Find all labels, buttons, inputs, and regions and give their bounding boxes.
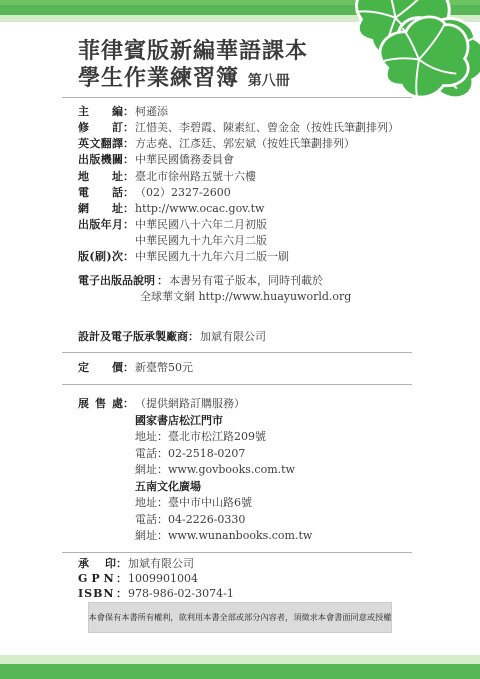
shop-phone-row: 電話：04-2226-0330 [78,512,312,529]
info-row: 電話：（02）2327-2600 [78,185,399,201]
epub-note: 電子出版品說明：本書另有電子版本，同時刊載於 全球華文網 http://www.… [78,273,351,305]
design-company-row: 設計及電子版承製廠商：加斌有限公司 [78,330,266,344]
info-row-continuation: 中華民國九十九年六月二版 [78,233,399,249]
info-row: 出版年月：中華民國八十六年二月初版 [78,217,399,233]
epub-row: 電子出版品說明：本書另有電子版本，同時刊載於 [78,273,351,289]
info-row: 修訂：江惜美、李碧霞、陳素紅、曾金金（按姓氏筆劃排列） [78,120,399,136]
sales-header-row: 展售處：（提供網路訂購服務） [78,396,312,413]
divider [62,352,412,353]
info-row: 出版機關：中華民國僑務委員會 [78,152,399,168]
publication-info: 主編：柯遜添 修訂：江惜美、李碧霞、陳素紅、曾金金（按姓氏筆劃排列） 英文翻譯：… [78,104,399,266]
price-row: 定價：新臺幣50元 [78,361,193,375]
info-row: 地址：臺北市徐州路五號十六樓 [78,169,399,185]
info-row: 網址：http://www.ocac.gov.tw [78,201,399,217]
divider [62,384,412,385]
volume-label: 第八冊 [248,73,290,89]
divider [62,552,412,553]
shop-address-row: 地址：臺北市松江路209號 [78,429,312,446]
info-row: 版(刷)次：中華民國九十九年六月二版一刷 [78,249,399,265]
shop-phone-row: 電話：02-2518-0207 [78,446,312,463]
bottom-band-pale-stripe [0,655,480,664]
book-title-line2: 學生作業練習簿 第八冊 [78,65,308,95]
info-row: 英文翻譯：方志堯、江彥廷、郭宏斌（按姓氏筆劃排列） [78,136,399,152]
info-row: 主編：柯遜添 [78,104,399,120]
shop-website-row: 網址：www.wunanbooks.com.tw [78,528,312,545]
epub-url-line: 全球華文網 http://www.huayuworld.org [78,289,351,305]
isbn-row: ISBN：978-986-02-3074-1 [78,586,234,601]
printer-row: 承印：加斌有限公司 [78,556,234,571]
divider [62,97,412,98]
leaf-decoration-icon [320,0,480,112]
shop-name: 五南文化廣場 [78,479,312,496]
shop-address-row: 地址：臺中市中山路6號 [78,495,312,512]
printer-ids-block: 承印：加斌有限公司 GPN：1009901004 ISBN：978-986-02… [78,556,234,602]
colophon-page: 菲律賓版新編華語課本 學生作業練習簿 第八冊 主編：柯遜添 修訂：江惜美、李碧霞… [0,0,480,679]
shop-name: 國家書店松江門市 [78,413,312,430]
shop-website-row: 網址：www.govbooks.com.tw [78,462,312,479]
sales-outlets: 展售處：（提供網路訂購服務） 國家書店松江門市 地址：臺北市松江路209號 電話… [78,396,312,545]
bottom-band-green-stripe [0,664,480,679]
gpn-row: GPN：1009901004 [78,571,234,586]
book-title: 菲律賓版新編華語課本 學生作業練習簿 第八冊 [78,38,308,95]
copyright-notice-box: 本會保有本書所有權利，欲利用本書全部或部分內容者，須徵求本會書面同意或授權 [88,602,392,633]
book-title-line1: 菲律賓版新編華語課本 [78,38,308,65]
